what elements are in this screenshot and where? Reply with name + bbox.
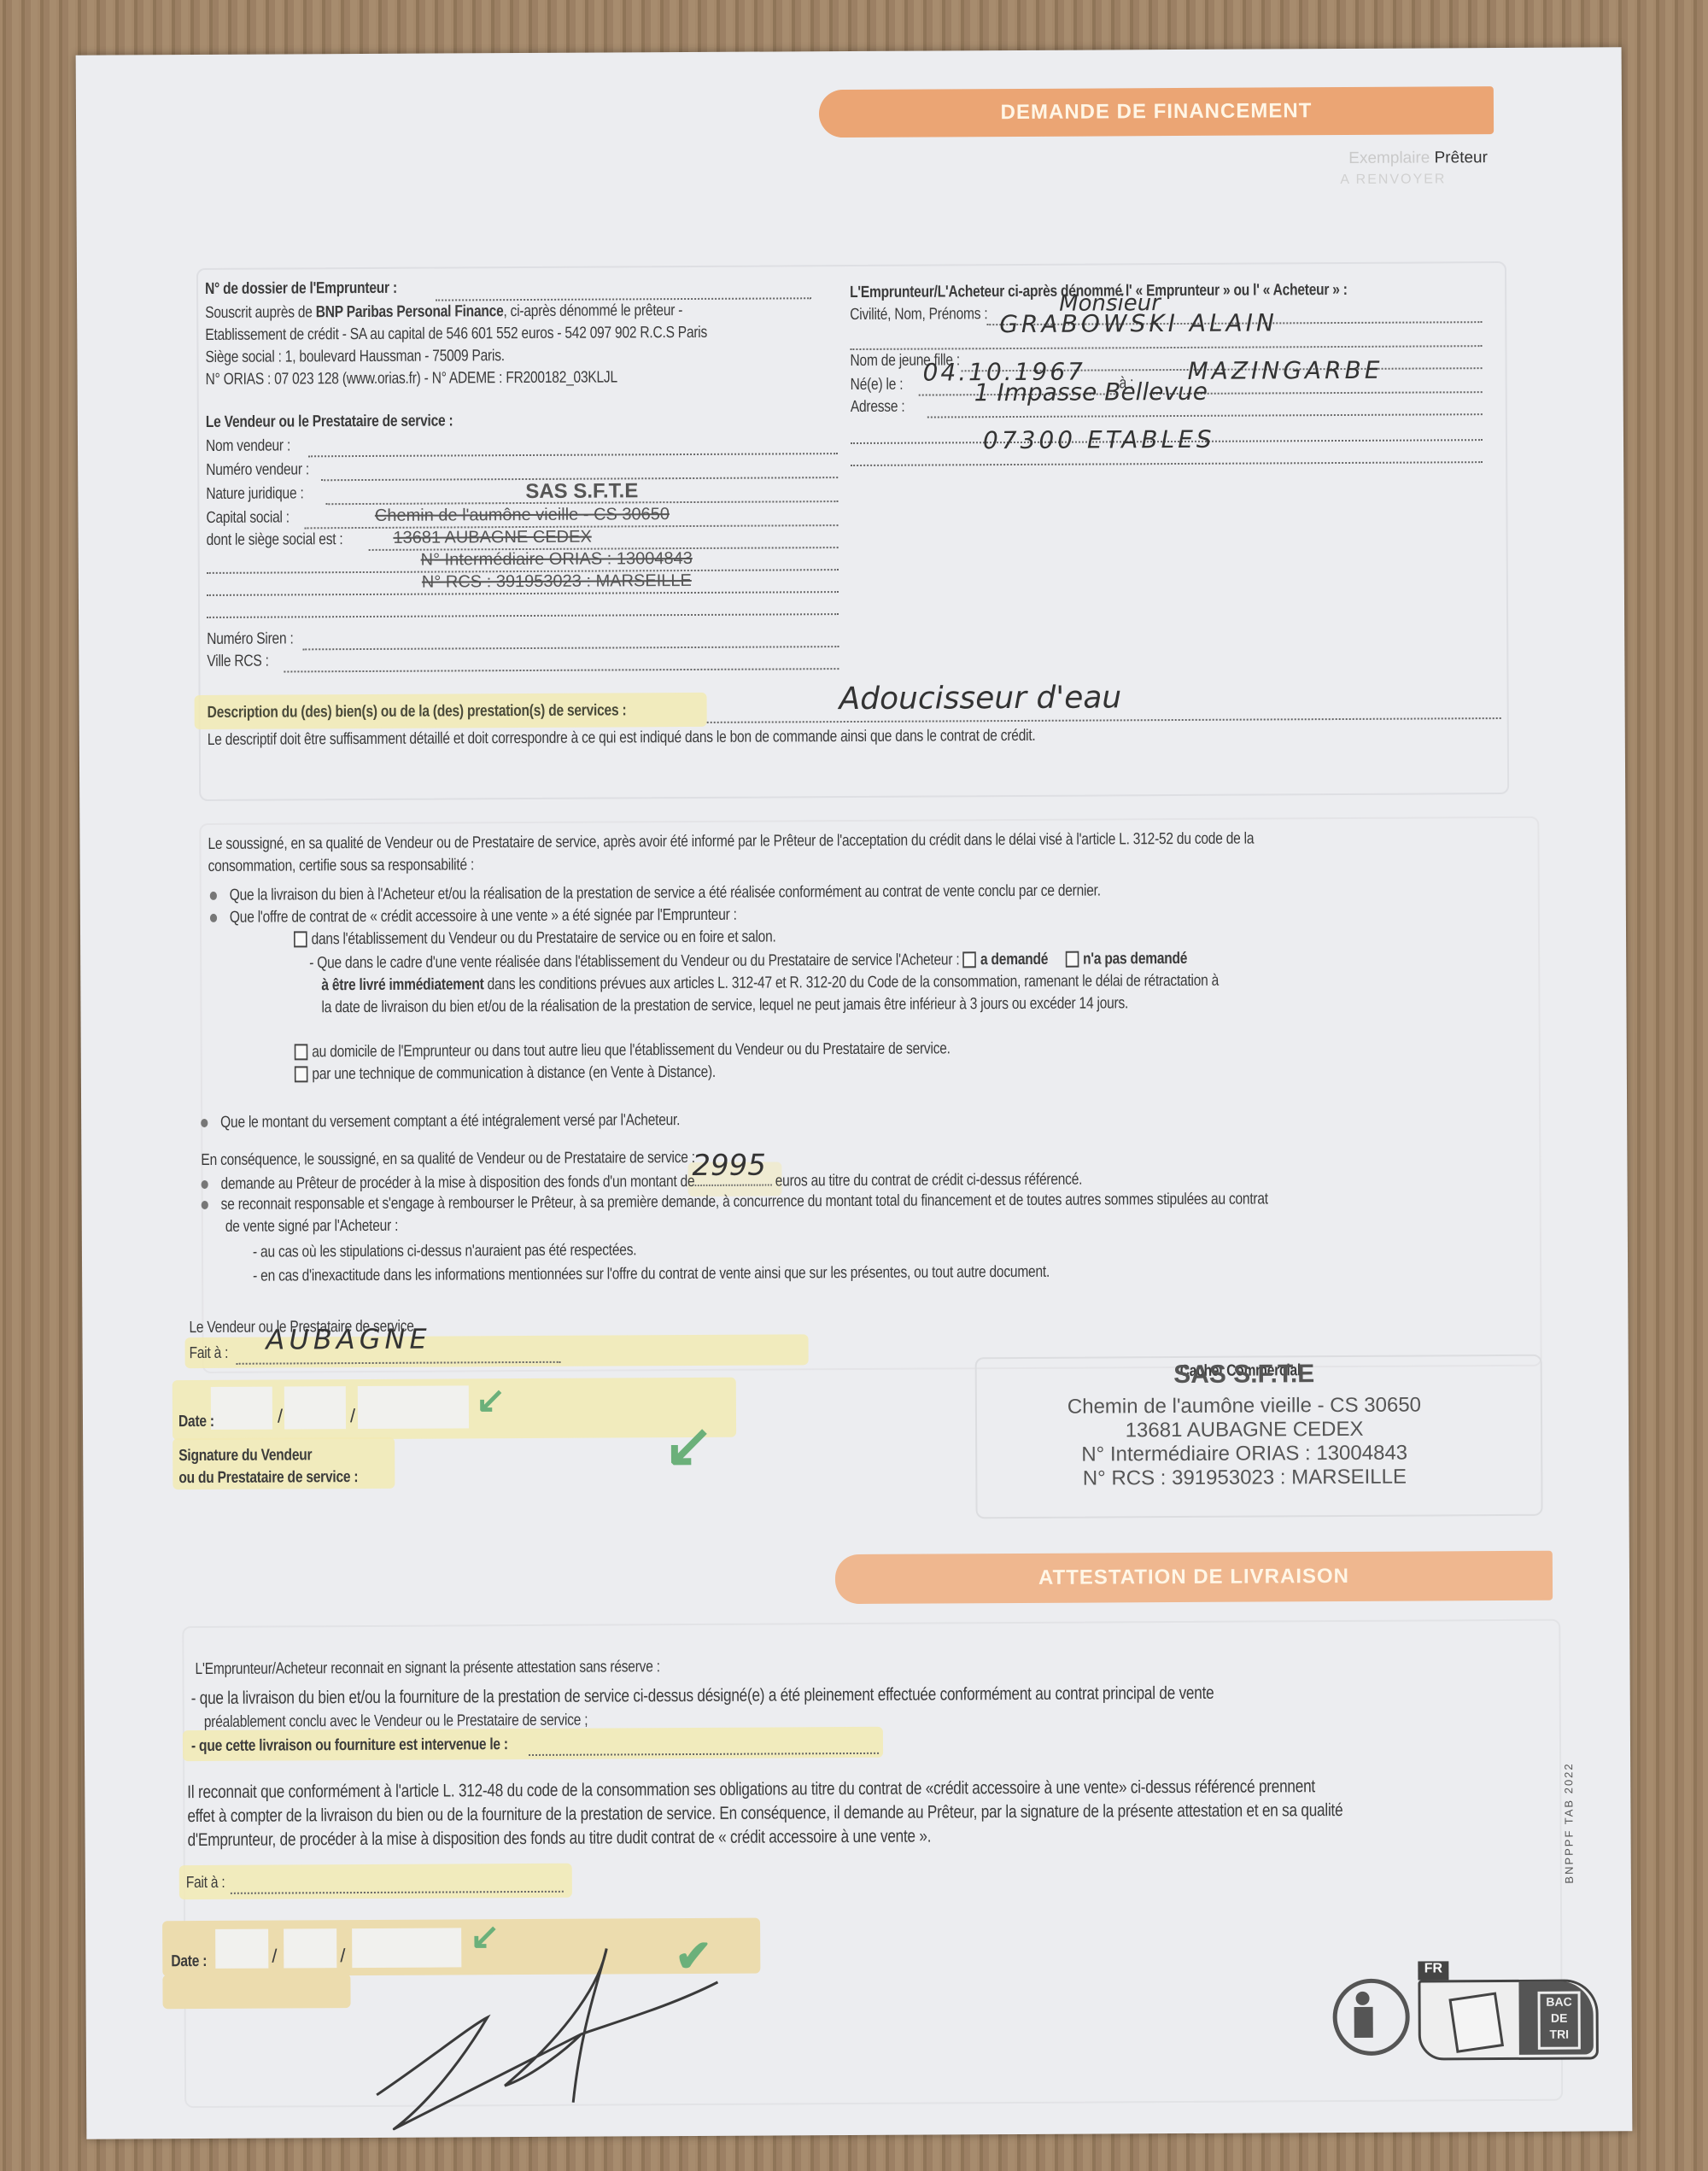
lender-line2: Etablissement de crédit - SA au capital … bbox=[205, 322, 707, 347]
adresse-value: 1 Impasse Bellevue bbox=[974, 377, 1208, 407]
arrow-indicator-icon: ↙ bbox=[476, 1378, 506, 1420]
checkbox-etablissement[interactable] bbox=[294, 932, 307, 948]
cachet-address: Chemin de l'aumône vieille - CS 30650 bbox=[1005, 1393, 1483, 1419]
seller-date-month[interactable] bbox=[284, 1386, 346, 1429]
attestation-fait-a-label: Fait à : bbox=[186, 1872, 225, 1894]
lender-line1: Souscrit auprès de BNP Paribas Personal … bbox=[205, 300, 682, 325]
numero-vendeur-field[interactable] bbox=[321, 461, 838, 481]
copy-label: Exemplaire Prêteur bbox=[1348, 149, 1488, 168]
triman-recycle-icon bbox=[1332, 1979, 1409, 2056]
bac-de-tri-icon: BACDETRI bbox=[1538, 1992, 1581, 2050]
borrower-signature[interactable] bbox=[359, 1922, 744, 2138]
consequence-text: En conséquence, le soussigné, en sa qual… bbox=[201, 1147, 695, 1172]
option-distance: par une technique de communication à dis… bbox=[295, 1062, 716, 1086]
dossier-label: N° de dossier de l'Emprunteur : bbox=[205, 278, 397, 301]
attestation-date-day[interactable] bbox=[215, 1929, 268, 1969]
cachet-orias: N° Intermédiaire ORIAS : 13004843 bbox=[1005, 1441, 1483, 1467]
stamp-orias: N° Intermédiaire ORIAS : 13004843 bbox=[352, 549, 762, 571]
civilite-label: Civilité, Nom, Prénoms : bbox=[850, 303, 987, 326]
cachet-city: 13681 AUBAGNE CEDEX bbox=[1005, 1417, 1483, 1443]
stamp-rcs: N° RCS : 391953023 : MARSEILLE bbox=[352, 571, 762, 594]
seller-date-label: Date : bbox=[178, 1411, 214, 1433]
option-etablissement: dans l'établissement du Vendeur ou du Pr… bbox=[294, 926, 776, 951]
cert-bullet-1: Que la livraison du bien à l'Acheteur et… bbox=[210, 880, 1101, 906]
numero-vendeur-label: Numéro vendeur : bbox=[206, 459, 309, 482]
seller-date-day[interactable] bbox=[211, 1387, 272, 1430]
cachet-rcs: N° RCS : 391953023 : MARSEILLE bbox=[1005, 1465, 1483, 1491]
nom-vendeur-field[interactable] bbox=[308, 437, 838, 457]
checkbox-na-pas-demande[interactable] bbox=[1066, 951, 1079, 968]
name-value: GRABOWSKI ALAIN bbox=[999, 308, 1278, 338]
lender-line3: Siège social : 1, boulevard Haussman - 7… bbox=[205, 345, 504, 369]
sub-line-3: la date de livraison du bien et/ou de la… bbox=[321, 992, 1128, 1019]
seller-extra-line-3[interactable] bbox=[207, 598, 839, 618]
seller-fait-a-value: AUBAGNE bbox=[266, 1323, 430, 1356]
stamp-city: 13681 AUBAGNE CEDEX bbox=[292, 527, 693, 548]
paper-doc-icon bbox=[1448, 1992, 1504, 2052]
livraison-date-field[interactable] bbox=[529, 1737, 879, 1756]
attestation-intro: L'Emprunteur/Acheteur reconnait en signa… bbox=[195, 1656, 659, 1681]
attestation-item-2: - que cette livraison ou fourniture est … bbox=[191, 1734, 508, 1758]
ville-rcs-label: Ville RCS : bbox=[207, 651, 268, 673]
cert-intro-2: consommation, certifie sous sa responsab… bbox=[208, 854, 475, 878]
numero-siren-field[interactable] bbox=[302, 630, 839, 650]
banner-attestation-livraison: ATTESTATION DE LIVRAISON bbox=[835, 1551, 1553, 1604]
nom-vendeur-label: Nom vendeur : bbox=[206, 435, 290, 458]
cert-bullet-3: Que le montant du versement comptant a é… bbox=[201, 1109, 680, 1134]
ne-le-label: Né(e) le : bbox=[851, 374, 904, 396]
copy-exemplaire: Exemplaire bbox=[1348, 149, 1430, 167]
country-badge: FR bbox=[1418, 1961, 1448, 1980]
lender-line4: N° ORIAS : 07 023 128 (www.orias.fr) - N… bbox=[206, 366, 617, 391]
checkbox-distance[interactable] bbox=[295, 1067, 308, 1083]
stamp-company-name: SAS S.F.T.E bbox=[419, 479, 744, 505]
copy-recipient: Prêteur bbox=[1435, 149, 1488, 167]
info-tri-logo: FR BACDETRI bbox=[1418, 1960, 1594, 2057]
attestation-date-month[interactable] bbox=[284, 1928, 336, 1968]
seller-title: Le Vendeur ou le Prestataire de service … bbox=[206, 410, 453, 434]
adresse-label: Adresse : bbox=[851, 396, 905, 418]
attestation-para-3: d'Emprunteur, de procéder à la mise à di… bbox=[188, 1826, 932, 1852]
case-2: - en cas d'inexactitude dans les informa… bbox=[253, 1261, 1050, 1288]
ville-rcs-field[interactable] bbox=[284, 652, 839, 672]
description-value: Adoucisseur d'eau bbox=[839, 680, 1121, 717]
attestation-date-highlight-2 bbox=[162, 1974, 350, 2009]
engage-line-2: de vente signé par l'Acheteur : bbox=[225, 1215, 398, 1238]
dossier-field[interactable] bbox=[436, 282, 811, 301]
banner-demande-financement: DEMANDE DE FINANCEMENT bbox=[819, 86, 1494, 138]
checkbox-a-demande[interactable] bbox=[962, 952, 976, 968]
banner-title: DEMANDE DE FINANCEMENT bbox=[1001, 99, 1313, 125]
banner-bottom-title: ATTESTATION DE LIVRAISON bbox=[1038, 1565, 1349, 1590]
case-1: - au cas où les stipulations ci-dessus n… bbox=[253, 1239, 636, 1263]
description-note: Le descriptif doit être suffisamment dét… bbox=[208, 725, 1036, 752]
signature-label-2: ou du Prestataire de service : bbox=[178, 1466, 358, 1489]
adresse-value-2: 07300 ETABLES bbox=[983, 425, 1215, 454]
checkbox-domicile[interactable] bbox=[295, 1045, 308, 1061]
nature-juridique-label: Nature juridique : bbox=[206, 483, 303, 506]
lieu-naissance-value: MAZINGARBE bbox=[1187, 356, 1383, 385]
amount-value: 2995 bbox=[692, 1149, 766, 1183]
attestation-fait-a-field[interactable] bbox=[231, 1875, 564, 1894]
side-print-code: BNPPPF TAB 2022 bbox=[1562, 1762, 1576, 1883]
seller-date-year[interactable] bbox=[358, 1385, 469, 1429]
cachet-company: SAS S.F.T.E bbox=[1031, 1359, 1458, 1390]
seller-fait-a-label: Fait à : bbox=[190, 1343, 229, 1365]
attestation-date-label: Date : bbox=[171, 1951, 207, 1973]
numero-siren-label: Numéro Siren : bbox=[207, 628, 293, 651]
option-domicile: au domicile de l'Emprunteur ou dans tout… bbox=[295, 1038, 951, 1063]
cert-bullet-2: Que l'offre de contrat de « crédit acces… bbox=[210, 904, 737, 929]
seller-signature-area[interactable] bbox=[395, 1440, 736, 1497]
description-label: Description du (des) bien(s) ou de la (d… bbox=[208, 699, 627, 724]
copy-renvoyer: A RENVOYER bbox=[1340, 172, 1446, 188]
financing-request-form: DEMANDE DE FINANCEMENT Exemplaire Prêteu… bbox=[76, 47, 1633, 2139]
capital-social-label: Capital social : bbox=[206, 506, 290, 530]
signature-label-1: Signature du Vendeur bbox=[178, 1444, 312, 1467]
stamp-address: Chemin de l'aumône vieille - CS 30650 bbox=[291, 505, 752, 527]
